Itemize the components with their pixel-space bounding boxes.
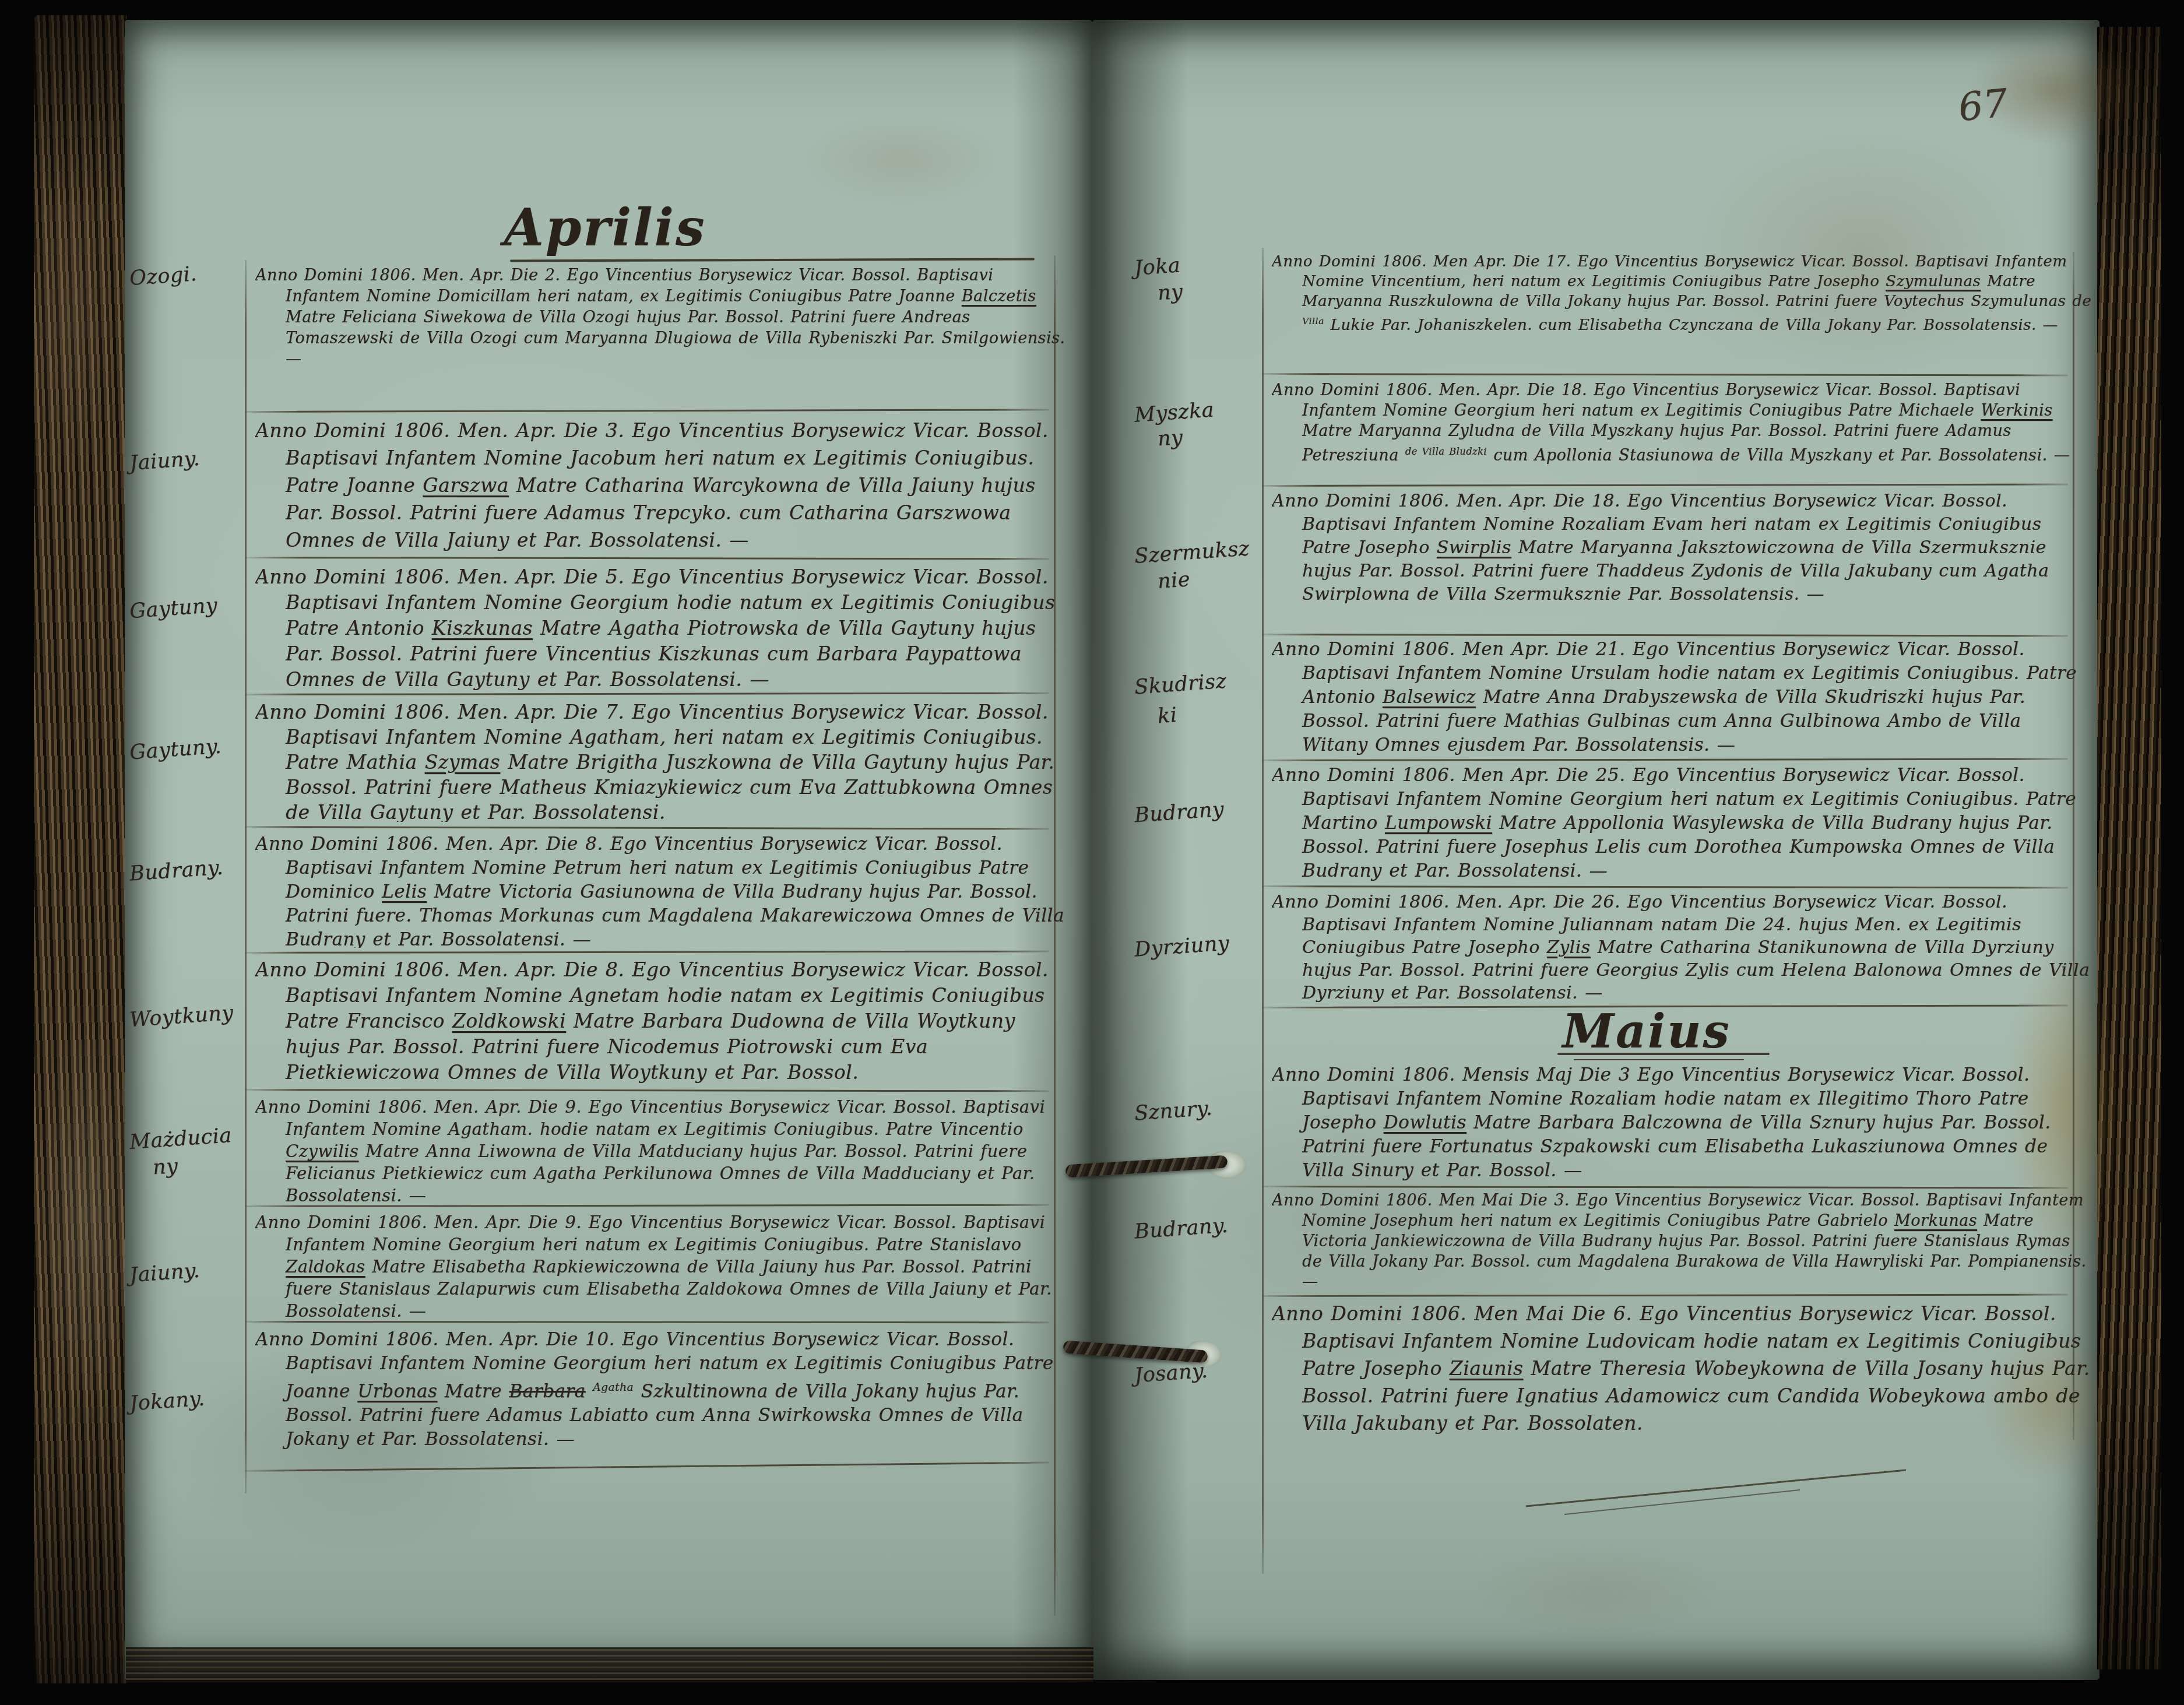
margin-place-label: ny	[1157, 426, 1184, 451]
baptism-record-text: Anno Domini 1806. Men. Apr. Die 26. Ego …	[1272, 891, 2092, 1003]
month-title-maius: Maius	[1515, 1004, 1778, 1059]
table-column-rule	[1262, 248, 1264, 1574]
margin-place-label: Ozogi.	[129, 262, 198, 290]
baptism-record-text: Anno Domini 1806. Men Apr. Die 25. Ego V…	[1272, 764, 2092, 881]
baptism-record-text: Anno Domini 1806. Men. Apr. Die 8. Ego V…	[255, 832, 1074, 948]
margin-place-label: ny	[1157, 280, 1184, 305]
book-right-fore-edge	[2097, 27, 2161, 1669]
title-underline	[1574, 1059, 1744, 1060]
baptism-record-text: Anno Domini 1806. Men. Apr. Die 18. Ego …	[1272, 380, 2092, 481]
baptism-record-text: Anno Domini 1806. Men. Apr. Die 2. Ego V…	[255, 265, 1074, 408]
margin-place-label: ki	[1157, 704, 1178, 728]
margin-place-label: Jaiuny.	[129, 1259, 201, 1287]
table-column-rule	[245, 260, 247, 1493]
margin-place-label: Joka	[1134, 254, 1181, 280]
margin-place-label: nie	[1157, 568, 1191, 593]
margin-place-label: ny	[152, 1155, 179, 1180]
parish-register-photo: 67 Aprilis Maius Anno Domini 1806. Men. …	[0, 0, 2184, 1705]
baptism-record-text: Anno Domini 1806. Men. Apr. Die 18. Ego …	[1272, 490, 2092, 630]
baptism-record-text: Anno Domini 1806. Men. Apr. Die 5. Ego V…	[255, 564, 1074, 690]
baptism-record-text: Anno Domini 1806. Men Apr. Die 21. Ego V…	[1272, 638, 2092, 755]
month-title-aprilis: Aprilis	[459, 197, 751, 258]
baptism-record-text: Anno Domini 1806. Men. Apr. Die 3. Ego V…	[255, 417, 1074, 552]
title-underline	[1557, 1053, 1770, 1055]
baptism-record-text: Anno Domini 1806. Men. Apr. Die 9. Ego V…	[255, 1211, 1074, 1317]
baptism-record-text: Anno Domini 1806. Men Apr. Die 17. Ego V…	[1272, 252, 2092, 368]
margin-place-label: Jaiuny.	[129, 447, 201, 475]
baptism-record-text: Anno Domini 1806. Men Mai Die 6. Ego Vin…	[1272, 1300, 2092, 1437]
baptism-record-text: Anno Domini 1806. Men. Apr. Die 10. Ego …	[255, 1328, 1074, 1467]
page-number: 67	[1956, 80, 2010, 130]
baptism-record-text: Anno Domini 1806. Men. Apr. Die 9. Ego V…	[255, 1096, 1074, 1202]
baptism-record-text: Anno Domini 1806. Men Mai Die 3. Ego Vin…	[1272, 1190, 2092, 1292]
baptism-record-text: Anno Domini 1806. Mensis Maj Die 3 Ego V…	[1272, 1063, 2092, 1181]
baptism-record-text: Anno Domini 1806. Men. Apr. Die 8. Ego V…	[255, 957, 1074, 1085]
book-left-page-stack-edge	[34, 15, 127, 1683]
bottom-page-stack-edge	[126, 1647, 1093, 1682]
baptism-record-text: Anno Domini 1806. Men. Apr. Die 7. Ego V…	[255, 699, 1074, 822]
